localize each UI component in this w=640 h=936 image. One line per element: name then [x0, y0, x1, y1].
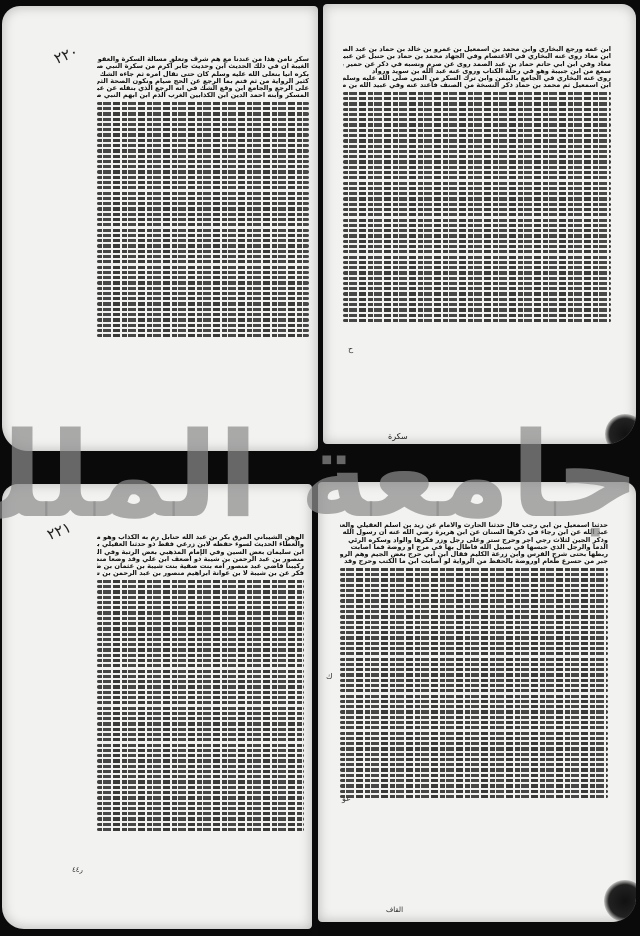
text-line — [343, 102, 611, 105]
text-line — [97, 590, 304, 593]
text-line — [97, 118, 309, 121]
text-line — [97, 786, 304, 789]
text-line — [343, 155, 611, 158]
text-line — [97, 292, 309, 295]
text-line — [343, 203, 611, 206]
text-line — [340, 737, 608, 740]
text-line — [343, 240, 611, 243]
text-line — [343, 187, 611, 190]
text-line — [340, 710, 608, 713]
text-line — [343, 134, 611, 137]
manuscript-page-221: ٢٢١ الوهن الشيباني المرق بكر بن عبد الله… — [2, 484, 312, 929]
text-line: كثير الرواية من ثم فتم بما الرجع عن الحج… — [97, 78, 309, 85]
text-line — [97, 324, 309, 327]
text-line — [97, 770, 304, 773]
text-line — [340, 758, 608, 761]
text-line: وذكر الجين لثلاث رجي اجر وحرج ستر وعلى ر… — [340, 537, 608, 544]
text-line — [97, 297, 309, 300]
text-line — [97, 733, 304, 736]
text-line — [97, 255, 309, 258]
text-line: سكر نامن هذا من عندنا مع هم شرف وتعلق مس… — [97, 56, 309, 63]
page-number: ٢٢١ — [45, 518, 74, 544]
text-line — [343, 197, 611, 200]
text-line — [343, 160, 611, 163]
text-line — [97, 722, 304, 725]
text-line — [97, 239, 309, 242]
text-line — [340, 684, 608, 687]
text-line — [97, 149, 309, 152]
text-line — [97, 133, 309, 136]
catchword: سكرة — [388, 432, 408, 441]
text-line — [97, 271, 309, 274]
text-line — [97, 218, 309, 221]
text-line — [340, 568, 608, 571]
text-line — [343, 229, 611, 232]
text-line — [340, 763, 608, 766]
text-line — [343, 298, 611, 301]
text-line — [97, 802, 304, 805]
text-line — [343, 129, 611, 132]
text-line — [343, 213, 611, 216]
text-line — [340, 790, 608, 793]
text-line — [340, 689, 608, 692]
text-line — [97, 685, 304, 688]
catchword: القاف — [386, 906, 403, 914]
text-line — [97, 701, 304, 704]
text-line — [97, 160, 309, 163]
text-line — [97, 765, 304, 768]
text-line — [97, 165, 309, 168]
text-line — [97, 717, 304, 720]
text-line — [97, 276, 309, 279]
text-line — [343, 92, 611, 95]
text-line — [340, 742, 608, 745]
text-line — [97, 611, 304, 614]
text-line — [97, 670, 304, 673]
text-line — [97, 791, 304, 794]
text-line — [343, 123, 611, 126]
text-line — [343, 192, 611, 195]
text-line: فكر عن بن شيبة لا بن عوانة ابراهيم منصور… — [97, 570, 304, 577]
text-line — [343, 118, 611, 121]
text-line — [97, 123, 309, 126]
text-line: الدما والرجل الذي حبسها في سبيل الله فاط… — [340, 544, 608, 551]
text-line — [97, 601, 304, 604]
text-line — [97, 139, 309, 142]
text-line — [97, 738, 304, 741]
text-line: ابن معاذ روى عنه البخاري في الاعتصام وفي… — [343, 53, 611, 60]
book-spine — [312, 480, 318, 936]
text-line — [97, 796, 304, 799]
text-line — [97, 828, 304, 831]
text-line — [340, 636, 608, 639]
text-line: حدثنا اسمعيل بن ابي رجب قال حدثنا الحارث… — [340, 522, 608, 529]
margin-note: ر٤٤ — [72, 866, 83, 874]
margin-note: عو — [342, 794, 351, 803]
text-line — [97, 308, 309, 311]
text-line: عبد الله عن ابن رجاء في ذكرها السنان عن … — [340, 529, 608, 536]
text-line — [340, 768, 608, 771]
text-line — [340, 732, 608, 735]
page-number: ٢٢٠ — [52, 42, 81, 68]
text-line — [97, 664, 304, 667]
text-line — [340, 721, 608, 724]
text-line — [97, 313, 309, 316]
text-line — [343, 277, 611, 280]
text-line — [343, 224, 611, 227]
text-line — [97, 192, 309, 195]
text-line — [340, 647, 608, 650]
text-line: الوهن الشيباني المرق بكر بن عبد الله حنا… — [97, 534, 304, 541]
text-line — [97, 643, 304, 646]
text-line — [97, 622, 304, 625]
text-line — [97, 596, 304, 599]
text-line — [343, 97, 611, 100]
text-line — [97, 234, 309, 237]
text-line — [97, 817, 304, 820]
text-line — [97, 807, 304, 810]
text-line — [97, 696, 304, 699]
text-line — [97, 823, 304, 826]
text-line — [97, 749, 304, 752]
text-line — [97, 585, 304, 588]
text-line — [97, 780, 304, 783]
text-line — [340, 642, 608, 645]
text-line — [340, 594, 608, 597]
text-line — [340, 716, 608, 719]
text-line — [97, 812, 304, 815]
text-line — [343, 314, 611, 317]
text-line — [97, 170, 309, 173]
text-line — [343, 282, 611, 285]
text-line — [97, 250, 309, 253]
text-line — [340, 663, 608, 666]
text-line — [97, 728, 304, 731]
text-line — [343, 319, 611, 322]
text-line: روى عنه البخاري في الجامع بالبيمن وابن ت… — [343, 75, 611, 82]
text-line — [97, 181, 309, 184]
text-line — [340, 615, 608, 618]
text-line — [340, 599, 608, 602]
text-line: سمع من ابن جبيبة وهو في رحلة الكتاب وروى… — [343, 68, 611, 75]
text-line: ابن سليمان بعض السين وفي الإمام المذهبي … — [97, 549, 304, 556]
text-line — [97, 633, 304, 636]
text-line — [340, 610, 608, 613]
text-line — [340, 795, 608, 798]
text-line — [97, 329, 309, 332]
text-line — [97, 144, 309, 147]
text-line — [97, 229, 309, 232]
text-line — [340, 573, 608, 576]
text-line — [97, 186, 309, 189]
page-text-block: حدثنا اسمعيل بن ابي رجب قال حدثنا الحارث… — [340, 522, 608, 800]
text-line — [340, 605, 608, 608]
text-line — [343, 292, 611, 295]
margin-note: ح — [348, 344, 353, 353]
text-line — [97, 281, 309, 284]
text-line — [340, 673, 608, 676]
text-line — [97, 659, 304, 662]
text-line — [343, 271, 611, 274]
text-line: جبر من حسرع طعام اوروضة بالحفظ من الرواي… — [340, 558, 608, 565]
text-line — [97, 302, 309, 305]
text-line — [343, 150, 611, 153]
text-line — [340, 779, 608, 782]
text-line — [97, 107, 309, 110]
text-line — [343, 250, 611, 253]
text-line — [97, 680, 304, 683]
text-line — [340, 784, 608, 787]
text-line — [97, 606, 304, 609]
text-line — [343, 266, 611, 269]
ink-blot — [605, 414, 636, 444]
text-line — [340, 658, 608, 661]
text-line — [97, 691, 304, 694]
text-line — [340, 626, 608, 629]
text-line — [97, 318, 309, 321]
text-line — [97, 712, 304, 715]
text-line: منصور بن عبد الرحمن بن شيبة ذو اضعف ابن … — [97, 556, 304, 563]
text-line — [97, 223, 309, 226]
text-line — [343, 245, 611, 248]
text-line: المسكر وابنه احمد الدين ابن الكذابين الغ… — [97, 92, 309, 99]
text-line — [97, 334, 309, 337]
text-line — [343, 182, 611, 185]
text-line — [340, 695, 608, 698]
text-line — [343, 145, 611, 148]
text-line — [340, 584, 608, 587]
text-line — [97, 155, 309, 158]
text-line — [97, 580, 304, 583]
text-line — [340, 705, 608, 708]
text-line — [343, 139, 611, 142]
text-line — [97, 744, 304, 747]
text-line — [97, 202, 309, 205]
text-line: ربطها بحتى شرج الفرس وابن زرعة الكليم فق… — [340, 551, 608, 558]
page-text-block: ابن عمه ورجع البخاري وابن محمد بن اسمعيل… — [343, 46, 611, 324]
text-line: ركيبنا قاضي عبد منصور امه بنت صفية بنت ش… — [97, 563, 304, 570]
text-line — [343, 261, 611, 264]
text-line — [97, 648, 304, 651]
text-line — [97, 775, 304, 778]
text-line — [343, 287, 611, 290]
page-text-block: سكر نامن هذا من عندنا مع هم شرف وتعلق مس… — [97, 56, 309, 339]
text-line — [343, 108, 611, 111]
text-line — [343, 234, 611, 237]
text-line — [340, 679, 608, 682]
text-line — [343, 303, 611, 306]
text-line: بكره انيا بنعلى الله عليه وسلم كان حتى ت… — [97, 71, 309, 78]
text-line — [340, 747, 608, 750]
text-line — [97, 759, 304, 762]
text-line — [97, 675, 304, 678]
text-line — [340, 774, 608, 777]
page-text-block: الوهن الشيباني المرق بكر بن عبد الله حنا… — [97, 534, 304, 833]
text-line — [97, 266, 309, 269]
text-line — [343, 166, 611, 169]
text-line — [340, 753, 608, 756]
text-line: ابن عمه ورجع البخاري وابن محمد بن اسمعيل… — [343, 46, 611, 53]
text-line — [97, 627, 304, 630]
margin-note: ك — [326, 672, 333, 681]
text-line — [97, 654, 304, 657]
text-line — [97, 207, 309, 210]
text-line — [97, 112, 309, 115]
text-line — [97, 260, 309, 263]
manuscript-page-right-bottom: حدثنا اسمعيل بن ابي رجب قال حدثنا الحارث… — [318, 482, 636, 922]
text-line — [340, 589, 608, 592]
text-line — [97, 244, 309, 247]
text-line — [340, 652, 608, 655]
text-line — [343, 256, 611, 259]
text-line — [97, 197, 309, 200]
text-line — [340, 726, 608, 729]
text-line — [343, 171, 611, 174]
text-line — [340, 578, 608, 581]
text-line — [97, 213, 309, 216]
text-line — [97, 287, 309, 290]
text-line — [343, 308, 611, 311]
ink-blot — [604, 880, 636, 922]
text-line — [340, 631, 608, 634]
text-line — [343, 176, 611, 179]
text-line — [97, 128, 309, 131]
text-line: معاذ وفي ابن ابي حاتم حماد بن عبد الصمد … — [343, 61, 611, 68]
text-line — [340, 700, 608, 703]
text-line — [97, 638, 304, 641]
text-line — [343, 113, 611, 116]
book-spine — [318, 0, 323, 460]
text-line — [97, 754, 304, 757]
text-line — [97, 617, 304, 620]
text-line: ابن اسمعيل ثم محمد بن حماد ذكر النسخة من… — [343, 82, 611, 89]
text-line: على الرجع والجامع ابن وقع الشك في انه ال… — [97, 85, 309, 92]
text-line: والعطاء الحديث لسوء حفظه لابن زرعي فقط ذ… — [97, 541, 304, 548]
text-line: الغيبة ان في ذلك الحديث ابن وحديث جابر أ… — [97, 63, 309, 70]
text-line — [97, 102, 309, 105]
manuscript-page-220: ٢٢٠ سكر نامن هذا من عندنا مع هم شرف وتعل… — [2, 6, 318, 451]
text-line — [340, 668, 608, 671]
text-line — [343, 208, 611, 211]
text-line — [97, 707, 304, 710]
manuscript-page-right-top: ابن عمه ورجع البخاري وابن محمد بن اسمعيل… — [323, 4, 636, 444]
text-line — [340, 621, 608, 624]
text-line — [97, 176, 309, 179]
text-line — [343, 219, 611, 222]
